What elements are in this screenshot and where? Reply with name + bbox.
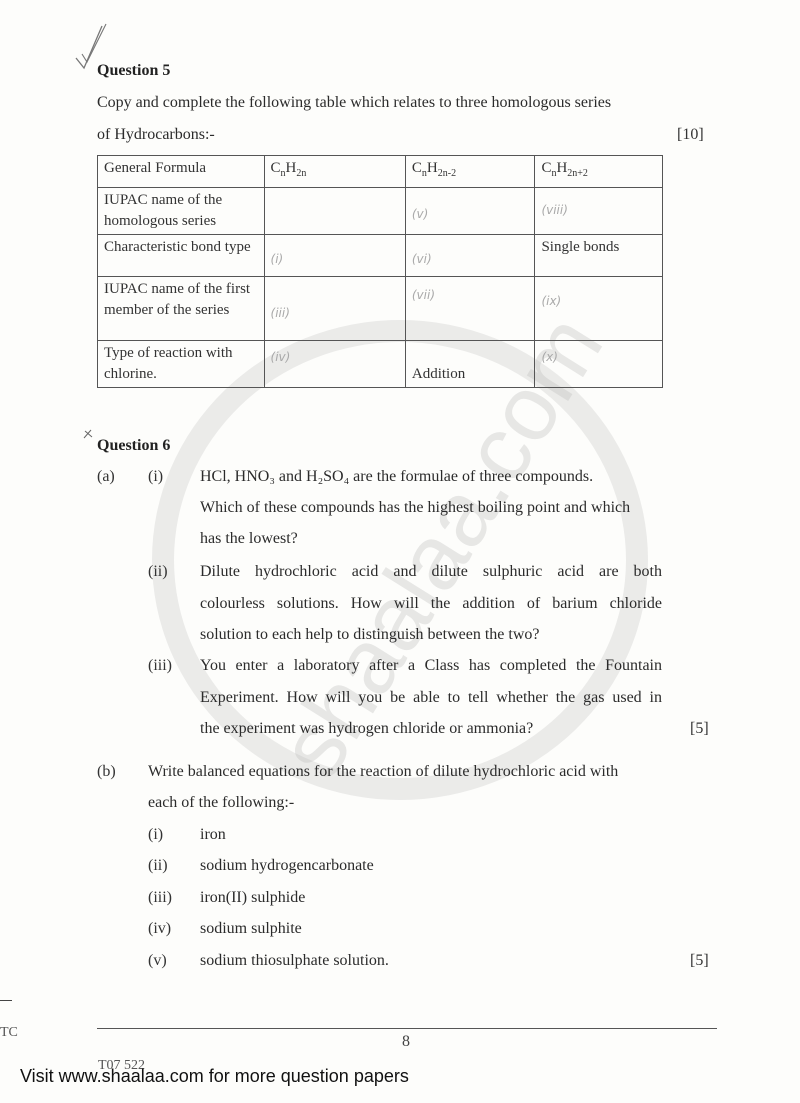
question-5-title: Question 5: [97, 62, 170, 80]
list-item: iron: [200, 826, 226, 844]
item-number: (iii): [148, 889, 172, 907]
question-6-title: Question 6: [97, 437, 170, 455]
question-line: the experiment was hydrogen chloride or …: [200, 720, 533, 738]
part-b-label: (b): [97, 763, 116, 781]
hydrocarbon-table: General Formula CnH2n CnH2n-2 CnH2n+2 IU…: [97, 155, 663, 388]
list-item: sodium thiosulphate solution.: [200, 952, 389, 970]
footer-rule: [97, 1028, 717, 1029]
question-line: You enter a laboratory after a Class has…: [200, 657, 662, 675]
question-line: Experiment. How will you be able to tell…: [200, 689, 662, 707]
list-item: sodium hydrogencarbonate: [200, 857, 374, 875]
row-label: IUPAC name of the homologous series: [98, 188, 265, 235]
table-cell: (vii): [405, 277, 535, 341]
question-5-marks: [10]: [677, 126, 704, 144]
table-cell: (x): [535, 341, 663, 388]
item-number: (iii): [148, 657, 172, 675]
question-line: has the lowest?: [200, 530, 298, 548]
table-cell: Addition: [405, 341, 535, 388]
item-number: (v): [148, 952, 167, 970]
part-a-label: (a): [97, 468, 115, 486]
question-5-intro-line2: of Hydrocarbons:-: [97, 126, 215, 144]
row-label: Type of reaction with chlorine.: [98, 341, 265, 388]
question-line: HCl, HNO₃ and H₂SO₄ are the formulae of …: [200, 468, 593, 486]
list-item: iron(II) sulphide: [200, 889, 305, 907]
row-label: IUPAC name of the first member of the se…: [98, 277, 265, 341]
question-line: Write balanced equations for the reactio…: [148, 763, 618, 781]
table-cell: (iii): [264, 277, 405, 341]
small-cross-mark-icon: [82, 428, 94, 440]
visit-link[interactable]: Visit www.shaalaa.com for more question …: [20, 1066, 409, 1087]
table-row: Characteristic bond type (i) (vi) Single…: [98, 235, 663, 277]
table-cell: [264, 188, 405, 235]
question-line: each of the following:-: [148, 794, 294, 812]
question-line: Dilute hydrochloric acid and dilute sulp…: [200, 563, 662, 581]
table-row: Type of reaction with chlorine. (iv) Add…: [98, 341, 663, 388]
table-cell: (viii): [535, 188, 663, 235]
edge-mark: [0, 1000, 12, 1001]
table-cell: (v): [405, 188, 535, 235]
item-number: (i): [148, 826, 163, 844]
item-number: (iv): [148, 920, 171, 938]
formula-alkene: CnH2n: [264, 156, 405, 188]
table-row: IUPAC name of the first member of the se…: [98, 277, 663, 341]
item-number: (ii): [148, 563, 168, 581]
part-a-marks: [5]: [690, 720, 709, 738]
item-number: (i): [148, 468, 163, 486]
part-b-marks: [5]: [690, 952, 709, 970]
question-5-intro-line1: Copy and complete the following table wh…: [97, 94, 611, 112]
question-line: Which of these compounds has the highest…: [200, 499, 630, 517]
table-row: General Formula CnH2n CnH2n-2 CnH2n+2: [98, 156, 663, 188]
formula-alkane: CnH2n+2: [535, 156, 663, 188]
page-number: 8: [402, 1033, 410, 1051]
list-item: sodium sulphite: [200, 920, 302, 938]
table-cell: (ix): [535, 277, 663, 341]
item-number: (ii): [148, 857, 168, 875]
table-cell: (vi): [405, 235, 535, 277]
table-cell: (iv): [264, 341, 405, 388]
row-label: Characteristic bond type: [98, 235, 265, 277]
row-label: General Formula: [98, 156, 265, 188]
table-cell: Single bonds: [535, 235, 663, 277]
formula-alkyne: CnH2n-2: [405, 156, 535, 188]
question-line: colourless solutions. How will the addit…: [200, 595, 662, 613]
question-line: solution to each help to distinguish bet…: [200, 626, 540, 644]
table-row: IUPAC name of the homologous series (v) …: [98, 188, 663, 235]
table-cell: (i): [264, 235, 405, 277]
edge-text: TC: [0, 1025, 18, 1041]
